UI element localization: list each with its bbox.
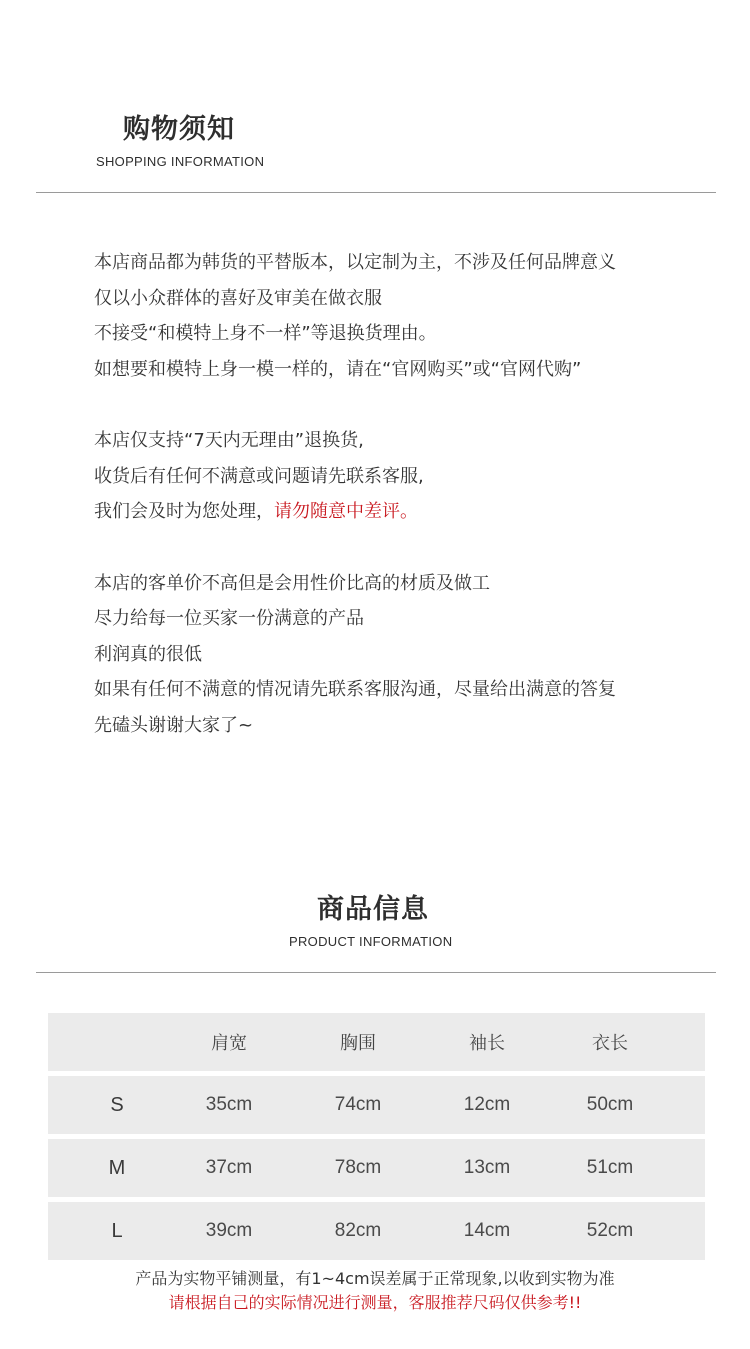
notice-line: 我们会及时为您处理，请勿随意中差评。 [94,494,714,530]
measurement-note: 产品为实物平铺测量，有1~4cm误差属于正常现象,以收到实物为准 [0,1267,750,1291]
product-info-title: 商品信息 [317,894,429,926]
product-info-divider [36,972,716,973]
notice-line: 本店仅支持“7天内无理由”退换货, [94,423,714,459]
notice-line: 利润真的很低 [94,637,714,673]
size-label: S [110,1094,123,1117]
length-value: 52cm [587,1220,633,1242]
notice-line: 本店商品都为韩货的平替版本，以定制为主，不涉及任何品牌意义 [94,245,714,281]
notice-line: 仅以小众群体的喜好及审美在做衣服 [94,281,714,317]
notice-line: 尽力给每一位买家一份满意的产品 [94,601,714,637]
measurement-warning: 请根据自己的实际情况进行测量，客服推荐尺码仅供参考!! [0,1291,750,1315]
size-row-m: M 37cm 78cm 13cm 51cm [48,1139,705,1197]
size-row-l: L 39cm 82cm 14cm 52cm [48,1202,705,1260]
length-value: 50cm [587,1094,633,1116]
notice-line: 如想要和模特上身一模一样的，请在“官网购买”或“官网代购” [94,352,714,388]
notice-line: 收货后有任何不满意或问题请先联系客服, [94,459,714,495]
shopping-info-subtitle: SHOPPING INFORMATION [96,154,264,170]
shopping-notice: 本店商品都为韩货的平替版本，以定制为主，不涉及任何品牌意义 仅以小众群体的喜好及… [94,245,714,743]
chest-value: 82cm [335,1220,381,1242]
size-row-s: S 35cm 74cm 12cm 50cm [48,1076,705,1134]
length-value: 51cm [587,1157,633,1179]
chest-value: 74cm [335,1094,381,1116]
size-label: L [111,1220,122,1243]
notice-text: 我们会及时为您处理， [94,501,274,522]
column-header-shoulder: 肩宽 [211,1029,247,1055]
shopping-info-title: 购物须知 [123,114,235,146]
column-header-chest: 胸围 [340,1029,376,1055]
shoulder-value: 35cm [206,1094,252,1116]
notice-line: 本店的客单价不高但是会用性价比高的材质及做工 [94,566,714,602]
shopping-info-divider [36,192,716,193]
chest-value: 78cm [335,1157,381,1179]
paragraph-gap [94,387,714,423]
column-header-sleeve: 袖长 [469,1029,505,1055]
notice-line: 不接受“和模特上身不一样”等退换货理由。 [94,316,714,352]
notice-line: 如果有任何不满意的情况请先联系客服沟通，尽量给出满意的答复 [94,672,714,708]
size-table-header: 肩宽 胸围 袖长 衣长 [48,1013,705,1071]
size-label: M [109,1157,126,1180]
notice-line: 先磕头谢谢大家了~ [94,708,714,744]
shoulder-value: 37cm [206,1157,252,1179]
product-info-subtitle: PRODUCT INFORMATION [289,934,452,950]
no-bad-review-warning: 请勿随意中差评。 [274,501,418,522]
shoulder-value: 39cm [206,1220,252,1242]
size-table: 肩宽 胸围 袖长 衣长 S 35cm 74cm 12cm 50cm M 37cm… [48,1013,705,1265]
sleeve-value: 12cm [464,1094,510,1116]
sleeve-value: 14cm [464,1220,510,1242]
paragraph-gap [94,530,714,566]
column-header-length: 衣长 [592,1029,628,1055]
sleeve-value: 13cm [464,1157,510,1179]
